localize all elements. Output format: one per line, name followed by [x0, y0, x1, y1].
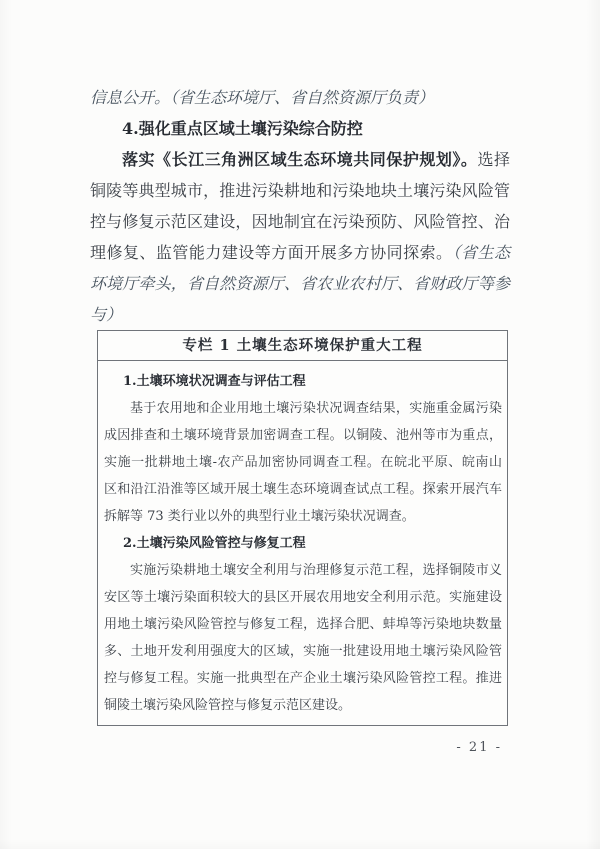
box-section-1-heading: 1.土壤环境状况调查与评估工程 — [104, 368, 502, 395]
box-text-line: 铜陵土壤污染风险管控与修复示范区建设。 — [104, 692, 502, 719]
body-line-plan-rest: 选择 — [477, 150, 510, 169]
box-text-line: 用地土壤污染风险管控与修复工程，选择合肥、蚌埠等污染地块数量 — [104, 611, 502, 638]
box-text-line: 拆解等 73 类行业以外的典型行业土壤污染状况调查。 — [104, 503, 502, 530]
section-heading-4: 4.强化重点区域土壤污染综合防控 — [90, 113, 510, 144]
body-line: 控与修复示范区建设，因地制宜在污染预防、风险管控、治 — [90, 206, 510, 237]
box-text-line: 控与修复工程。实施一批典型在产企业土壤污染风险管控工程。推进 — [104, 665, 502, 692]
box-text-line: 成因排查和土壤环境背景加密调查工程。以铜陵、池州等市为重点， — [104, 422, 502, 449]
box-text-line: 区和沿江沿淮等区域开展土壤生态环境调查试点工程。探索开展汽车 — [104, 476, 502, 503]
column-box-1: 专栏 1 土壤生态环境保护重大工程 1.土壤环境状况调查与评估工程 基于农用地和… — [97, 330, 508, 726]
body-line: 铜陵等典型城市，推进污染耕地和污染地块土壤污染风险管 — [90, 175, 510, 206]
box-text-line: 多、土地开发利用强度大的区域，实施一批建设用地土壤污染风险管 — [104, 638, 502, 665]
body-line-agencies-end: 与） — [90, 299, 510, 330]
box-section-2-heading: 2.土壤污染风险管控与修复工程 — [104, 530, 502, 557]
box-text-line: 实施一批耕地土壤-农产品加密协同调查工程。在皖北平原、皖南山 — [104, 449, 502, 476]
column-box-title: 专栏 1 土壤生态环境保护重大工程 — [98, 331, 507, 361]
document-page: 信息公开。（省生态环境厅、省自然资源厅负责） 4.强化重点区域土壤污染综合防控 … — [0, 0, 600, 849]
body-line-responsibility-tail: 信息公开。（省生态环境厅、省自然资源厅负责） — [90, 82, 510, 113]
body-text: 信息公开。（省生态环境厅、省自然资源厅负责） 4.强化重点区域土壤污染综合防控 … — [90, 82, 510, 330]
body-line-agencies: 环境厅牵头，省自然资源厅、省农业农村厅、省财政厅等参 — [90, 268, 510, 299]
body-line-main: 理修复、监管能力建设等方面开展多方协同探索。 — [90, 243, 453, 262]
column-box-body: 1.土壤环境状况调查与评估工程 基于农用地和企业用地土壤污染状况调查结果，实施重… — [98, 361, 507, 725]
body-line-plan-reference: 落实《长江三角洲区域生态环境共同保护规划》。 — [122, 150, 477, 169]
box-text-line: 安区等土壤污染面积较大的县区开展农用地安全利用示范。实施建设 — [104, 584, 502, 611]
page-number: - 21 - — [456, 740, 502, 755]
box-text-line: 实施污染耕地土壤安全利用与治理修复示范工程，选择铜陵市义 — [104, 557, 502, 584]
box-text-line: 基于农用地和企业用地土壤污染状况调查结果，实施重金属污染 — [104, 395, 502, 422]
body-line: 落实《长江三角洲区域生态环境共同保护规划》。选择 — [90, 144, 510, 175]
body-line-agency-start: （省生态 — [453, 243, 510, 262]
body-line: 理修复、监管能力建设等方面开展多方协同探索。（省生态 — [90, 237, 510, 268]
